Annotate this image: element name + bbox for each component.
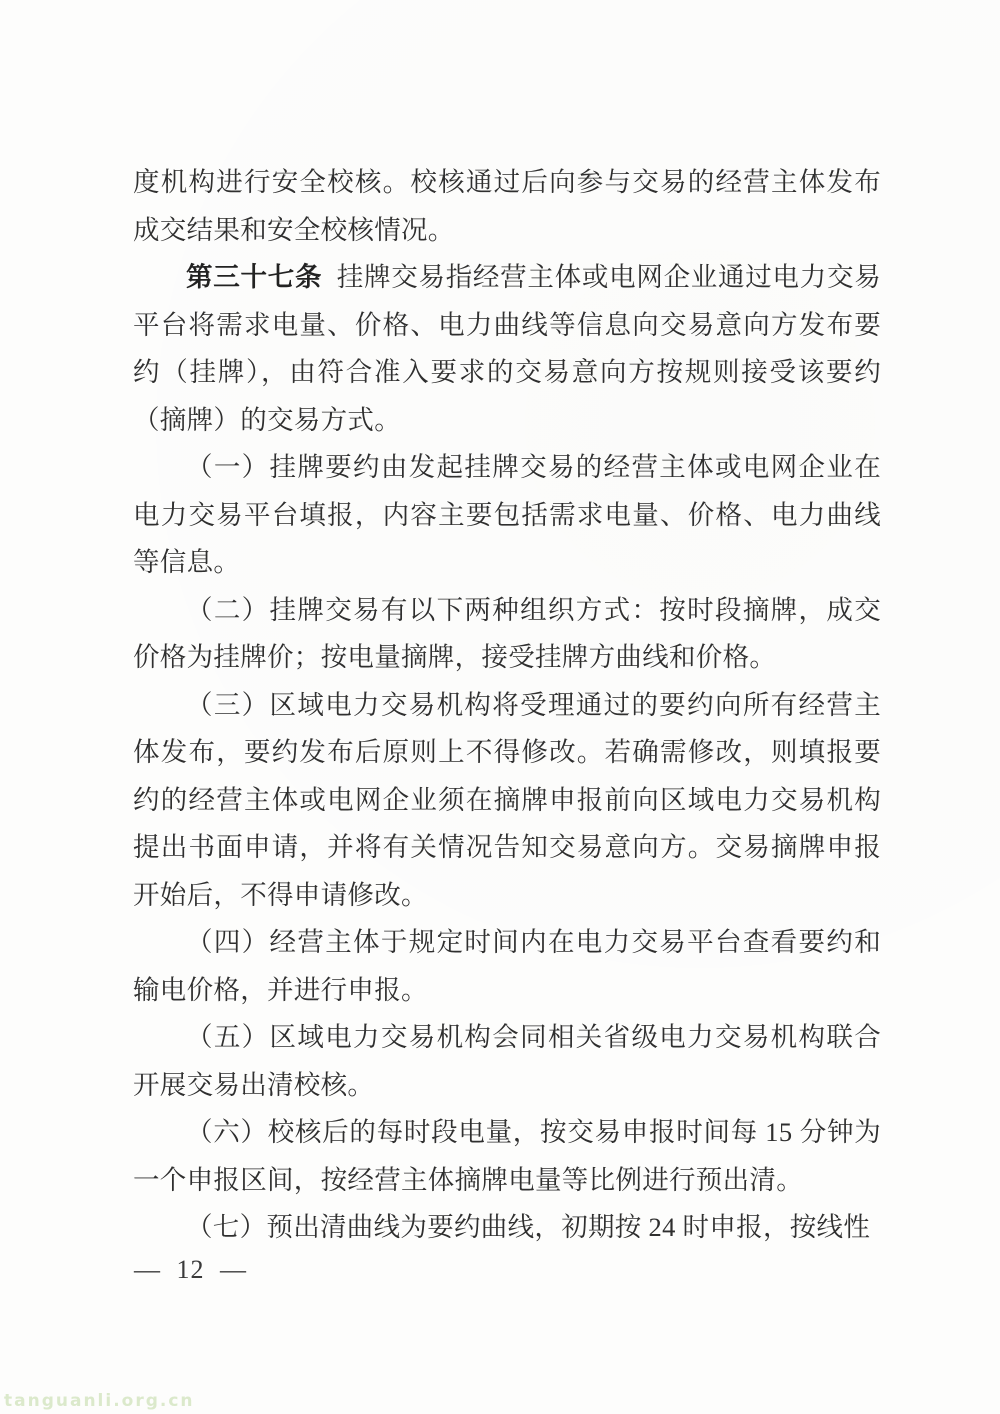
paragraph-article-37: 第三十七条挂牌交易指经营主体或电网企业通过电力交易平台将需求电量、价格、电力曲线… [133,254,881,444]
watermark-text: tanguanli.org.cn [4,1390,195,1412]
document-body-text: 度机构进行安全校核。校核通过后向参与交易的经营主体发布成交结果和安全校核情况。 … [133,159,881,1252]
document-page: 度机构进行安全校核。校核通过后向参与交易的经营主体发布成交结果和安全校核情况。 … [0,0,1000,1414]
paragraph-continuation: 度机构进行安全校核。校核通过后向参与交易的经营主体发布成交结果和安全校核情况。 [133,159,881,254]
paragraph-item-2: （二）挂牌交易有以下两种组织方式：按时段摘牌，成交价格为挂牌价；按电量摘牌，接受… [133,587,881,682]
paragraph-item-3: （三）区域电力交易机构将受理通过的要约向所有经营主体发布，要约发布后原则上不得修… [133,682,881,920]
paragraph-item-1: （一）挂牌要约由发起挂牌交易的经营主体或电网企业在电力交易平台填报，内容主要包括… [133,444,881,587]
page-number: — 12 — [134,1254,247,1286]
paragraph-item-4: （四）经营主体于规定时间内在电力交易平台查看要约和输电价格，并进行申报。 [133,919,881,1014]
article-number: 第三十七条 [186,262,322,292]
paragraph-item-6: （六）校核后的每时段电量，按交易申报时间每 15 分钟为一个申报区间，按经营主体… [133,1109,881,1204]
paragraph-item-7: （七）预出清曲线为要约曲线，初期按 24 时申报，按线性 [133,1204,881,1252]
paragraph-item-5: （五）区域电力交易机构会同相关省级电力交易机构联合开展交易出清校核。 [133,1014,881,1109]
